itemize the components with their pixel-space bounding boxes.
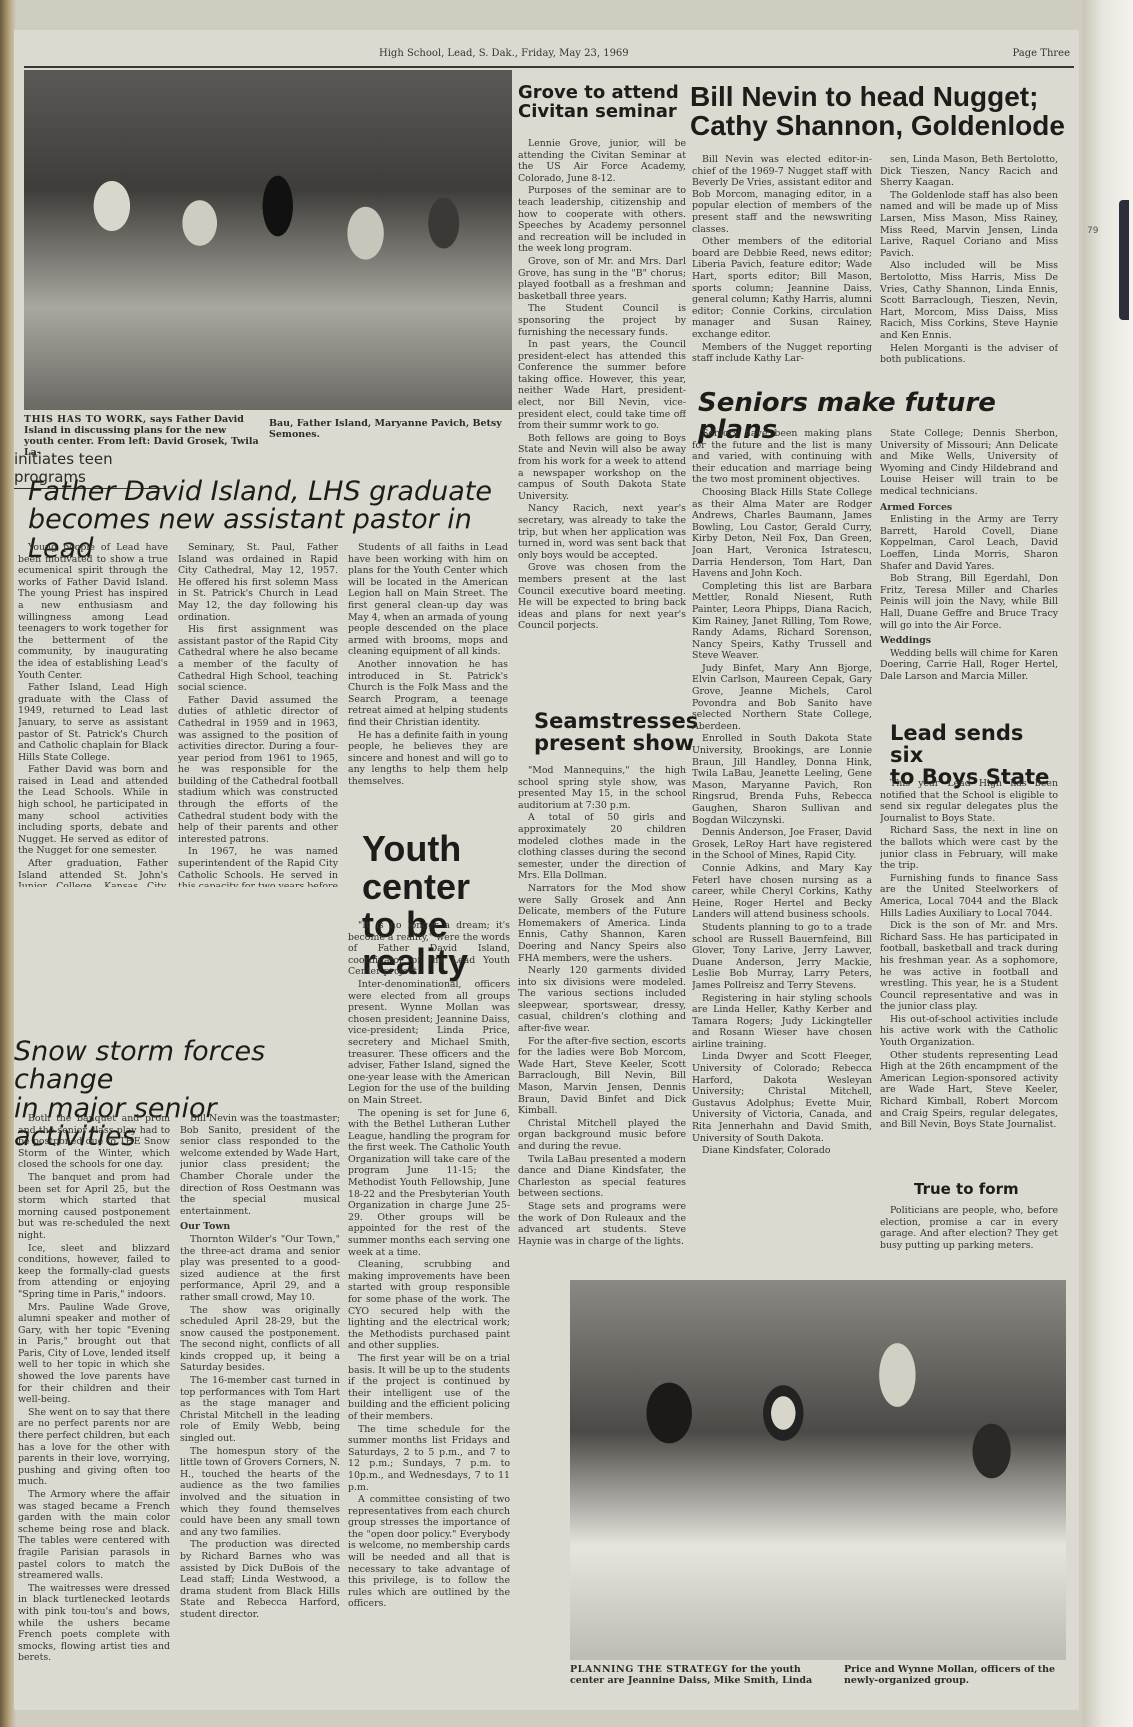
nugget-col-2: sen, Linda Mason, Beth Bertolotto, Dick … [880, 154, 1058, 394]
page-label: Page Three [1013, 48, 1070, 59]
photo-planning-strategy [570, 1280, 1066, 1660]
boys-state-body: This year Lead High has been notified th… [880, 778, 1058, 1180]
island-col-2: Seminary, St. Paul, Father Island was or… [178, 542, 338, 887]
masthead: High School, Lead, S. Dak., Friday, May … [24, 44, 1074, 68]
seamstresses-headline: Seamstresses present show [534, 710, 704, 754]
nugget-col-1: Bill Nevin was elected editor-in-chief o… [692, 154, 872, 394]
photo-youth-center-planning [24, 70, 512, 410]
armed-forces-subhead: Armed Forces [880, 502, 1058, 514]
dateline: High School, Lead, S. Dak., Friday, May … [379, 48, 629, 59]
seniors-col-2: State College; Dennis Sherbon, Universit… [880, 428, 1058, 718]
nugget-headline: Bill Nevin to head Nugget; Cathy Shannon… [690, 82, 1080, 141]
photo-bottom-caption: PLANNING THE STRATEGY for the youth cent… [570, 1664, 820, 1686]
snow-storm-col-2: Bill Nevin was the toastmaster; Bob Sani… [180, 1113, 340, 1698]
margin-page-number: 79 [1087, 226, 1098, 236]
seniors-col-1: Seniors have been making plans for the f… [692, 428, 872, 1296]
binder-tab [1119, 200, 1129, 320]
weddings-subhead: Weddings [880, 635, 1058, 647]
snow-storm-col-1: Both the banquet and prom and the senior… [18, 1113, 170, 1698]
our-town-subhead: Our Town [180, 1221, 340, 1233]
seamstresses-body: "Mod Mannequins," the high school spring… [518, 765, 686, 1300]
newspaper-page: High School, Lead, S. Dak., Friday, May … [14, 30, 1079, 1710]
photo-bottom-caption-cont: Price and Wynne Mollan, officers of the … [844, 1664, 1066, 1686]
island-col-1: Young people of Lead have been motivated… [18, 542, 168, 887]
island-col-3: Students of all faiths in Lead have been… [348, 542, 508, 807]
true-to-form-body: Politicians are people, who, before elec… [880, 1205, 1058, 1265]
grove-body: Lennie Grove, junior, will be attending … [518, 138, 686, 698]
photo-top-caption-cont: Bau, Father Island, Maryanne Pavich, Bet… [269, 418, 509, 440]
youth-center-body: "It is no longer a dream; it's become a … [348, 920, 510, 1670]
grove-headline: Grove to attend Civitan seminar [518, 84, 688, 122]
true-to-form-headline: True to form [914, 1182, 1064, 1198]
adjacent-page-edge: 79 [1083, 0, 1133, 1727]
